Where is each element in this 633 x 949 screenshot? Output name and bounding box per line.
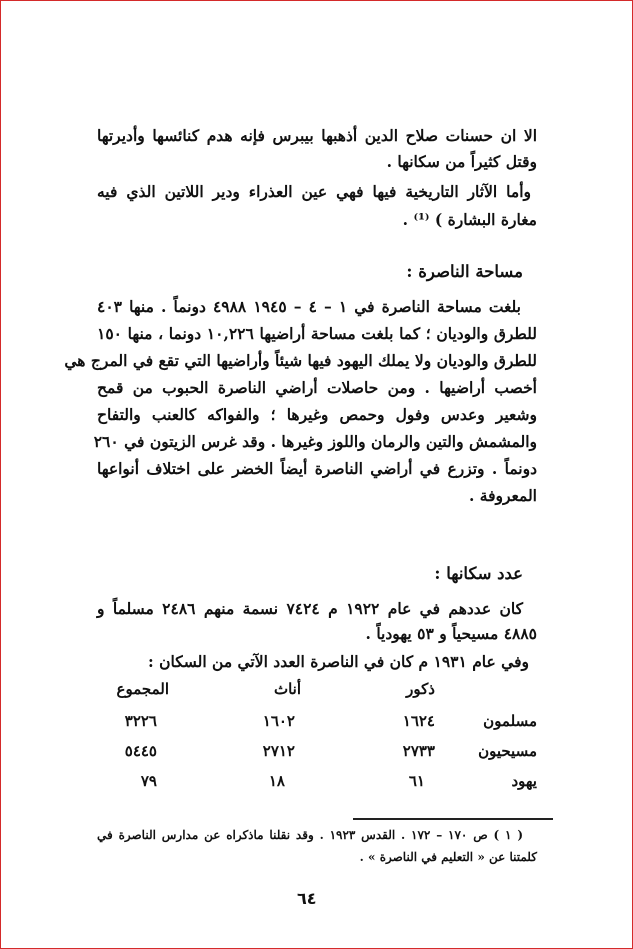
cell-females: ١٨ [269, 769, 285, 793]
cell-males: ٦١ [409, 769, 425, 793]
table-header-row: ذكور أناث المجموع [97, 677, 537, 701]
section-heading-population: عدد سكانها : [434, 563, 523, 585]
text-line: وأما الآثار التاريخية فيها فهي عين العذر… [97, 181, 531, 203]
text-line: الا ان حسنات صلاح الدين أذهبها بيبرس فإن… [97, 125, 537, 147]
section-heading-area: مساحة الناصرة : [406, 261, 523, 283]
row-label: مسيحيون [478, 739, 537, 763]
header-total: المجموع [117, 677, 169, 701]
text-line: للطرق والوديان ؛ كما بلغت مساحة أراضيها … [97, 323, 537, 345]
footnote: ( ١ ) ص ١٧٠ – ١٧٢ . القدس ١٩٢٣ . وقد نقل… [97, 825, 537, 869]
table-row: مسلمون ١٦٢٤ ١٦٠٢ ٣٢٢٦ [97, 709, 537, 733]
cell-total: ٣٢٢٦ [125, 709, 157, 733]
header-females: أناث [274, 677, 301, 701]
table-row: يهود ٦١ ١٨ ٧٩ [97, 769, 537, 793]
text-line: أخصب أراضيها . ومن حاصلات أراضي الناصرة … [97, 377, 537, 399]
text-line: وفي عام ١٩٣١ م كان في الناصرة العدد الآت… [148, 651, 529, 673]
text-line: ٤٨٨٥ مسيحياً و ٥٣ يهودياً . [366, 623, 537, 645]
text-line: كان عددهم في عام ١٩٢٢ م ٧٤٢٤ نسمة منهم ٢… [97, 598, 523, 620]
text-line: المعروفة . [469, 485, 537, 507]
footnote-divider [353, 818, 553, 820]
cell-total: ٧٩ [141, 769, 157, 793]
text-line: للطرق والوديان ولا يملك اليهود فيها شيئا… [97, 350, 537, 372]
page-number: ٦٤ [297, 889, 317, 908]
cell-males: ٢٧٣٣ [403, 739, 435, 763]
header-males: ذكور [406, 677, 435, 701]
text-line: مغارة البشارة ) ⁽¹⁾ . [403, 209, 537, 231]
intro-paragraph: الا ان حسنات صلاح الدين أذهبها بيبرس فإن… [97, 125, 537, 235]
table-row: مسيحيون ٢٧٣٣ ٢٧١٢ ٥٤٤٥ [97, 739, 537, 763]
text-line: وقتل كثيراً من سكانها . [387, 151, 537, 173]
book-page: الا ان حسنات صلاح الدين أذهبها بيبرس فإن… [0, 0, 633, 949]
cell-females: ٢٧١٢ [263, 739, 295, 763]
footnote-line: ( ١ ) ص ١٧٠ – ١٧٢ . القدس ١٩٢٣ . وقد نقل… [97, 825, 523, 845]
row-label: يهود [511, 769, 537, 793]
text-line: وشعير وعدس وفول وحمص وغيرها ؛ والفواكه ك… [97, 404, 537, 426]
population-section: عدد سكانها : كان عددهم في عام ١٩٢٢ م ٧٤٢… [97, 563, 537, 803]
cell-females: ١٦٠٢ [263, 709, 295, 733]
cell-total: ٥٤٤٥ [125, 739, 157, 763]
footnote-line: كلمتنا عن « التعليم في الناصرة » . [360, 847, 537, 867]
area-section: مساحة الناصرة : بلغت مساحة الناصرة في ١ … [97, 261, 537, 541]
text-line: والمشمش والتين والرمان واللوز وغيرها . و… [97, 431, 537, 453]
text-line: بلغت مساحة الناصرة في ١ – ٤ – ١٩٤٥ ٤٩٨٨ … [97, 296, 521, 318]
text-line: دونماً . وتزرع في أراضي الناصرة أيضاً ال… [97, 458, 537, 480]
cell-males: ١٦٢٤ [403, 709, 435, 733]
row-label: مسلمون [483, 709, 537, 733]
